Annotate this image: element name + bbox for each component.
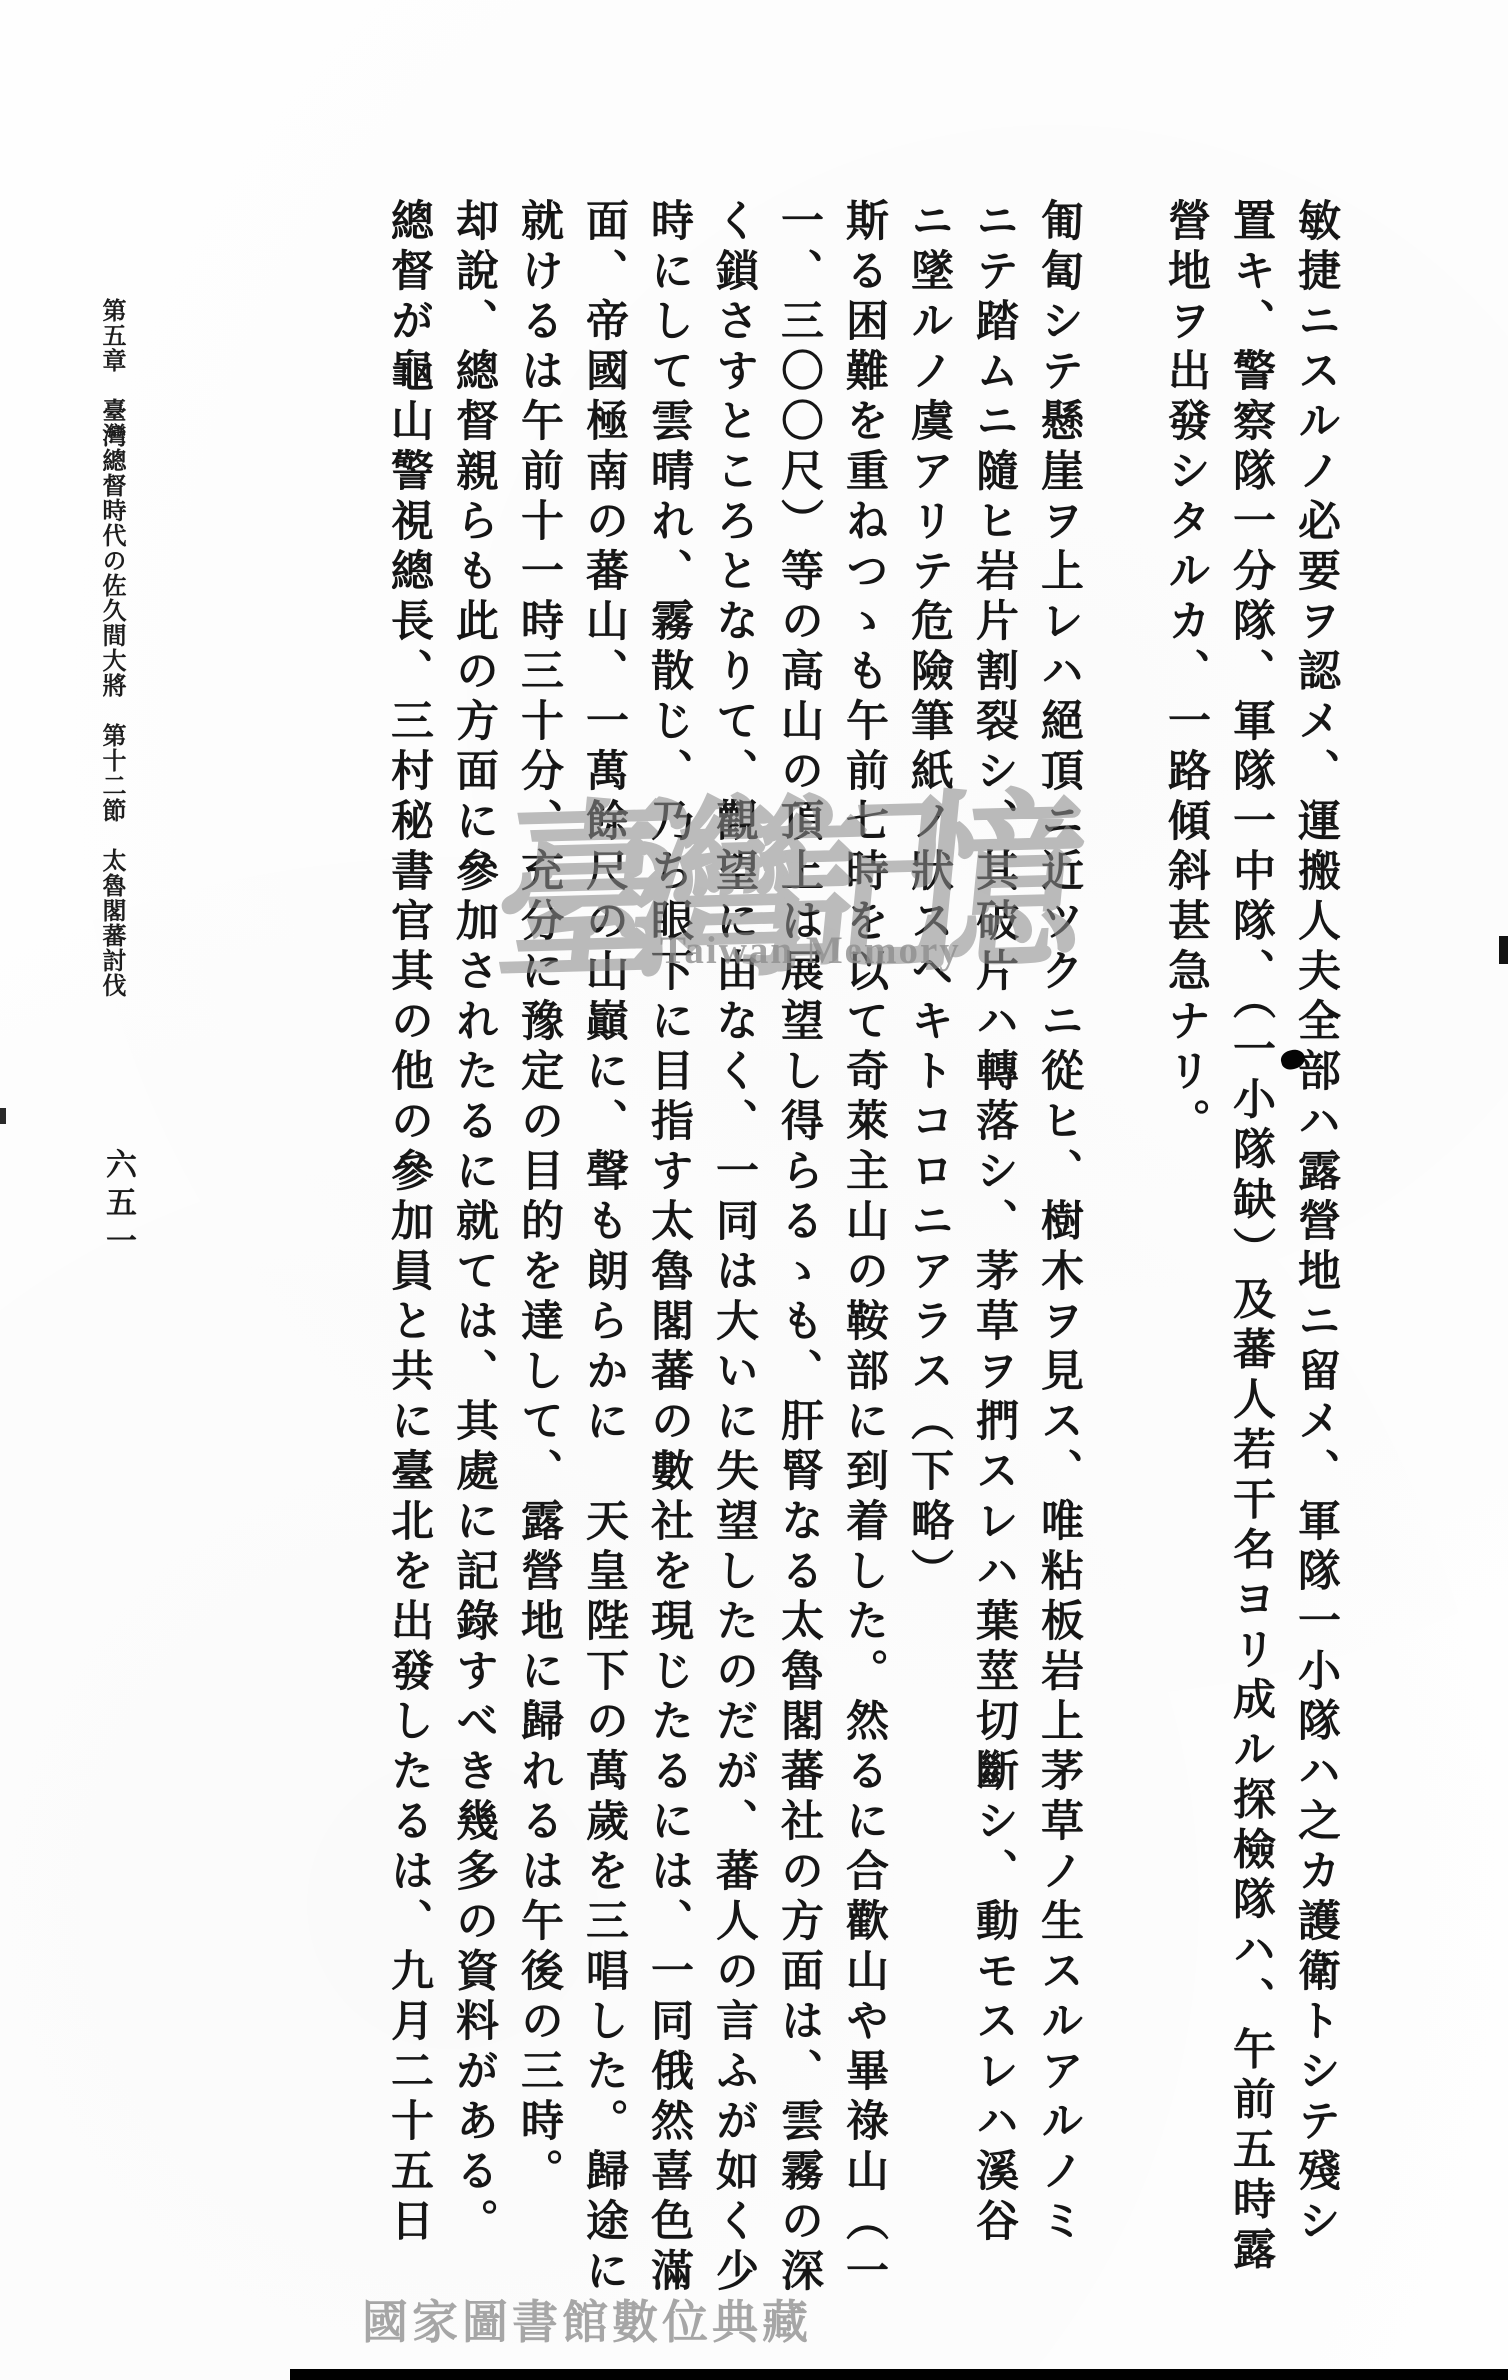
- text-column: 却說、總督親らも此の方面に參加されたるに就ては、其處に記錄すべき幾多の資料がある…: [441, 198, 506, 2373]
- text-column: 面、帝國極南の蕃山、一萬餘尺の山巓に、聲も朗らかに 天皇陛下の萬歲を三唱した。歸…: [571, 198, 636, 2373]
- text-column: ニ墜ルノ虞アリテ危險筆紙ノ狀スヘキトコロニアラス（下略）: [896, 198, 961, 2373]
- text-column: 一、三〇〇尺）等の高山の頂上は展望し得らるゝも、肝腎なる太魯閣蕃社の方面は、雲霧…: [766, 198, 831, 2373]
- scanned-book-page: 敏捷ニスルノ必要ヲ認メ、運搬人夫全部ハ露營地ニ留メ、軍隊一小隊ハ之カ護衛トシテ殘…: [0, 0, 1508, 2380]
- text-column: 置キ、警察隊一分隊、軍隊一中隊、（一小隊缺）及蕃人若干名ヨリ成ル探檢隊ハ、午前五…: [1218, 198, 1283, 2373]
- text-column: 就けるは午前十一時三十分、充分に豫定の目的を達して、露營地に歸れるは午後の三時。: [506, 198, 571, 2373]
- chapter-header: 第五章 臺灣總督時代の佐久間大將 第十二節 太魯閣蕃討伐: [94, 298, 129, 998]
- main-text-block: 敏捷ニスルノ必要ヲ認メ、運搬人夫全部ハ露營地ニ留メ、軍隊一小隊ハ之カ護衛トシテ殘…: [376, 198, 1348, 2373]
- text-column: 斯る困難を重ねつゝも午前七時を以て奇萊主山の鞍部に到着した。然るに合歡山や畢祿山…: [831, 198, 896, 2373]
- text-column: 敏捷ニスルノ必要ヲ認メ、運搬人夫全部ハ露營地ニ留メ、軍隊一小隊ハ之カ護衛トシテ殘…: [1283, 198, 1348, 2373]
- scan-artifact-left-edge: [0, 1108, 6, 1124]
- page-number: 六五一: [96, 1148, 141, 1262]
- text-column: く鎖さすところとなりて、觀望に由なく、一同は大いに失望したのだが、蕃人の言ふが如…: [701, 198, 766, 2373]
- text-column: 營地ヲ出發シタルカ、一路傾斜甚急ナリ。: [1153, 198, 1218, 2373]
- text-column: 總督が龜山警視總長、三村秘書官其の他の參加員と共に臺北を出發したるは、九月二十五…: [376, 198, 441, 2373]
- text-column: 匍匐シテ懸崖ヲ上レハ絕頂ニ近ツクニ從ヒ、樹木ヲ見ス、唯粘板岩上茅草ノ生スルアルノ…: [1026, 198, 1091, 2373]
- scan-artifact-right-edge: [1499, 936, 1508, 964]
- text-column: ニテ踏ムニ隨ヒ岩片割裂シ、其破片ハ轉落シ、茅草ヲ捫スレハ葉莖切斷シ、動モスレハ溪…: [961, 198, 1026, 2373]
- scan-artifact-bottom-bar: [290, 2369, 1508, 2380]
- text-column: 時にして雲晴れ、霧散じ、乃ち眼下に目指す太魯閣蕃の數社を現じたるには、一同俄然喜…: [636, 198, 701, 2373]
